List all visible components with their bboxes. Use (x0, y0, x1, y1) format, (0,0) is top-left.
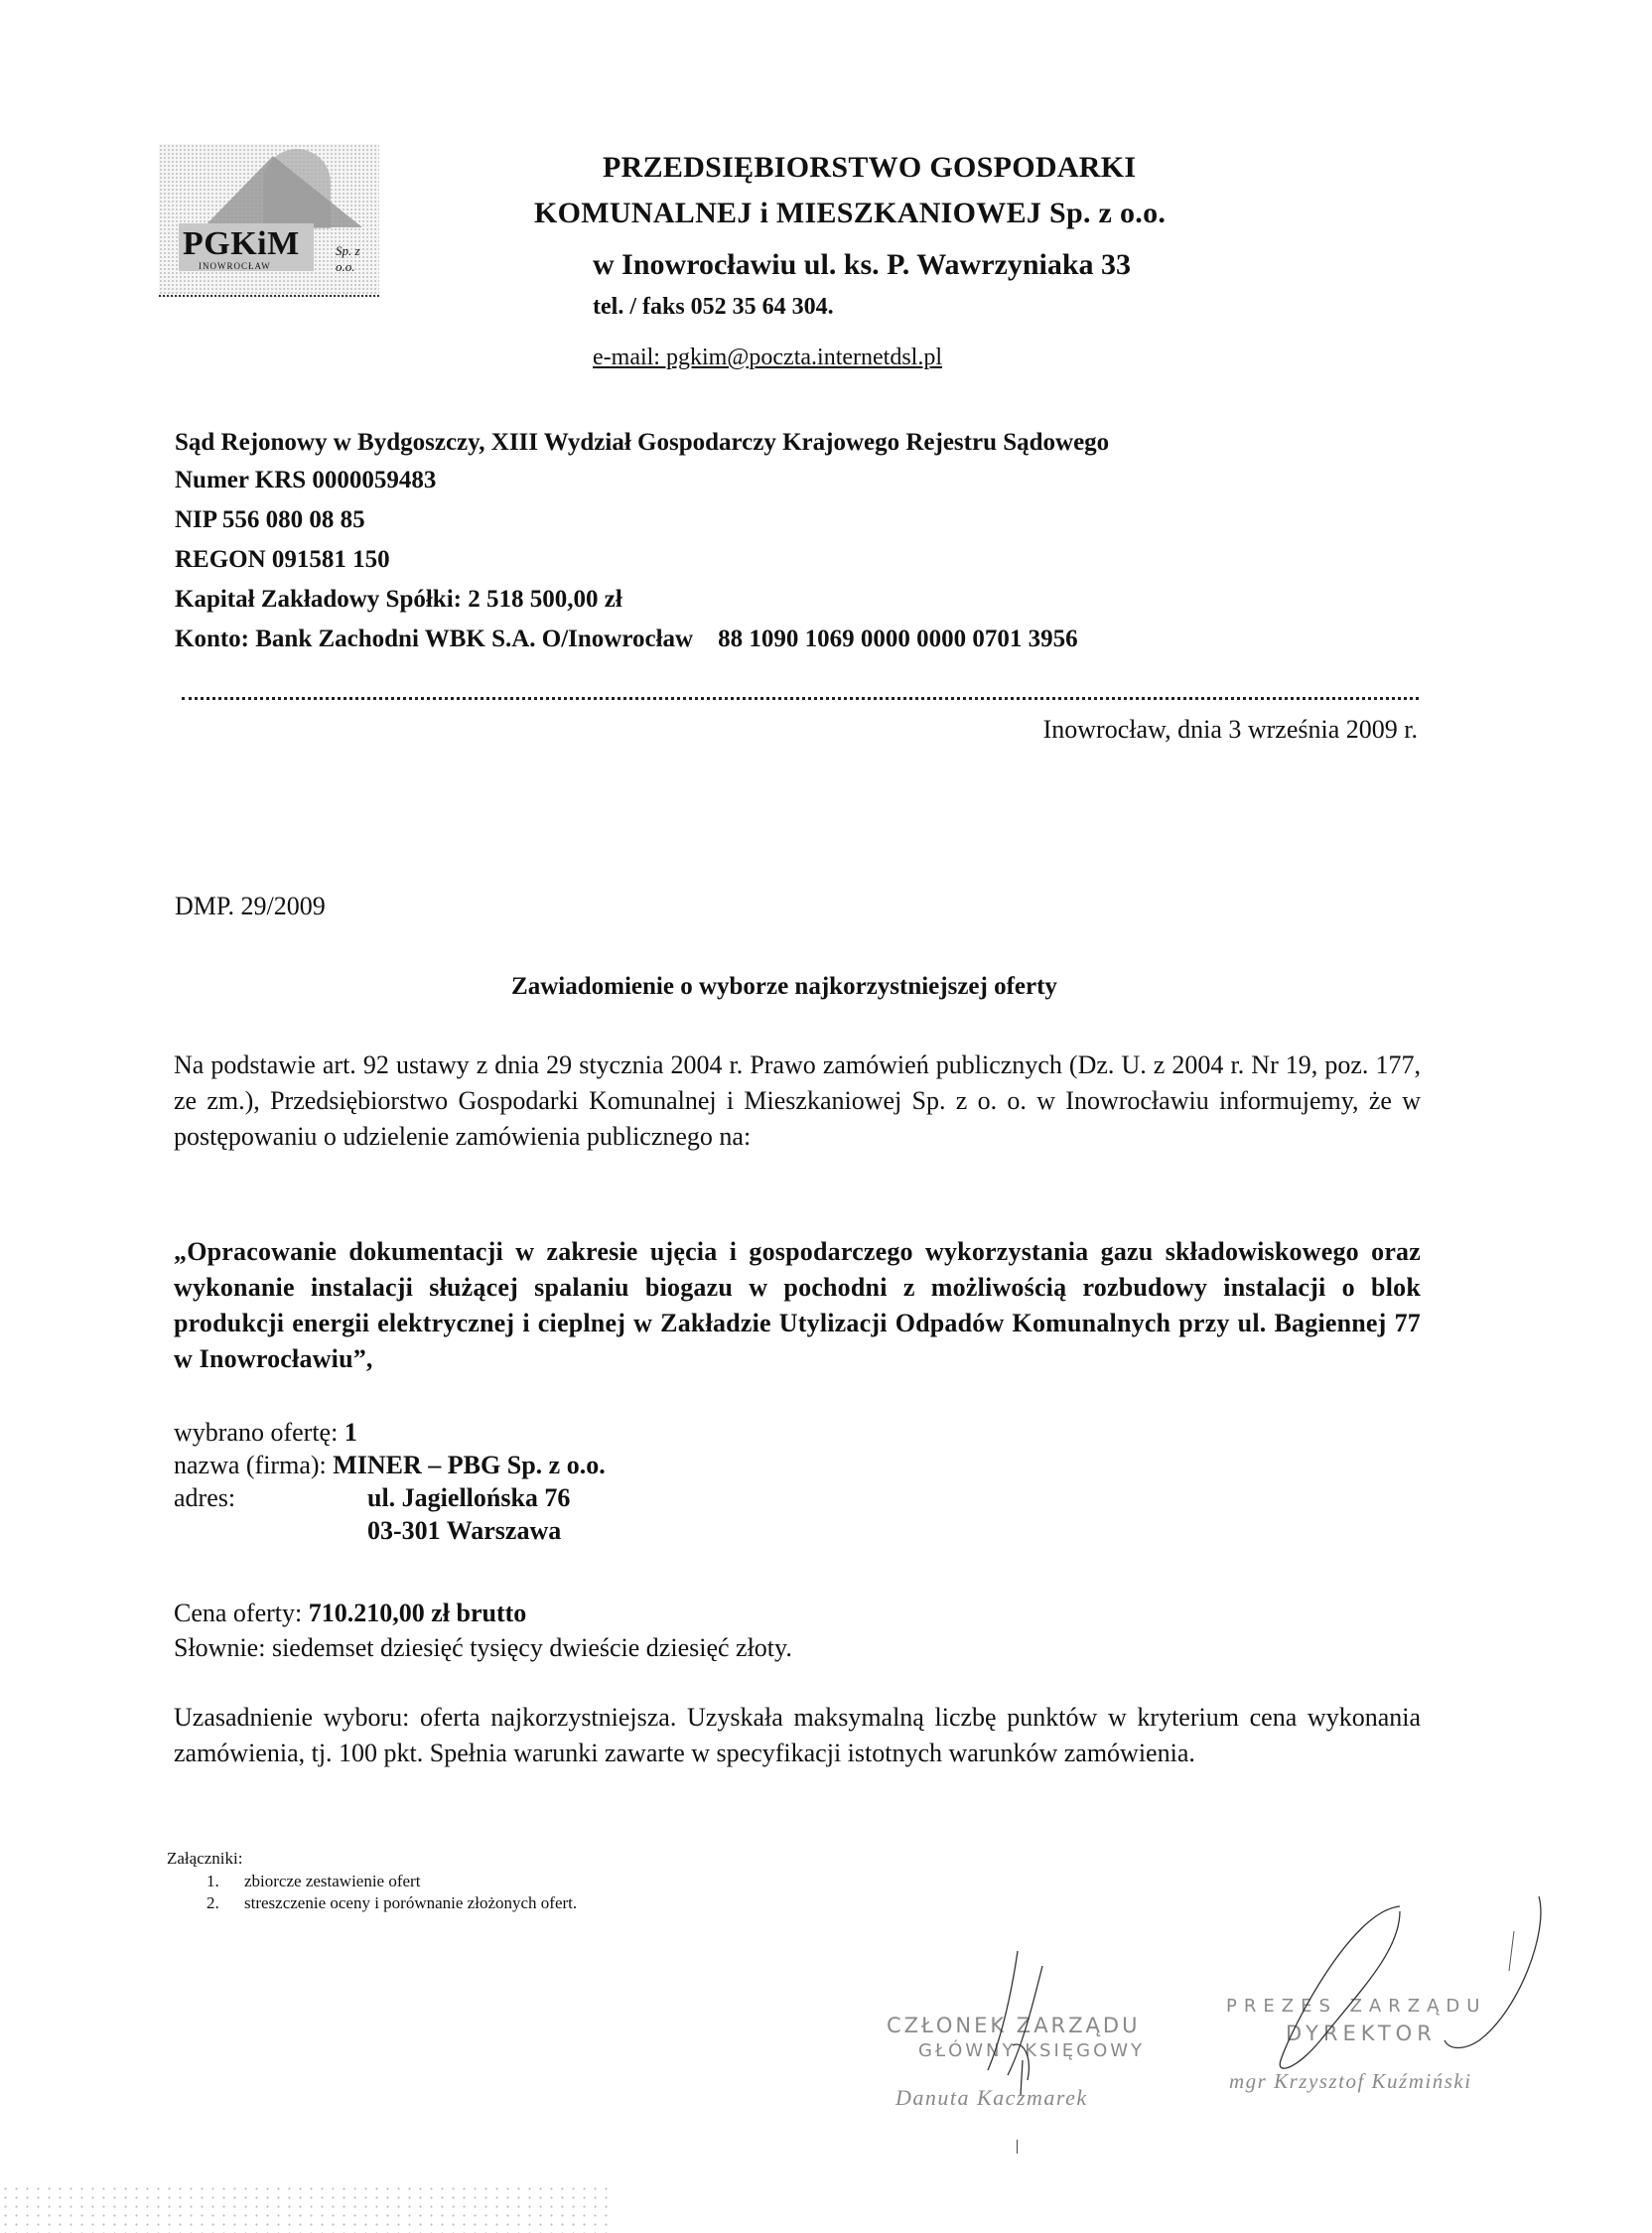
price-value: 710.210,00 zł brutto (309, 1599, 527, 1627)
attachment-item-2: streszczenie oceny i porównanie złożonyc… (244, 1893, 577, 1913)
intro-paragraph: Na podstawie art. 92 ustawy z dnia 29 st… (174, 1047, 1421, 1155)
registry-court: Sąd Rejonowy w Bydgoszczy, XIII Wydział … (175, 429, 1109, 457)
attachment-num-2: 2. (206, 1893, 219, 1913)
company-email-link[interactable]: e-mail: pgkim@poczta.internetdsl.pl (593, 345, 942, 371)
logo-mountain-shape (204, 156, 362, 227)
attachment-item-1: zbiorcze zestawienie ofert (244, 1872, 420, 1891)
offer-address-line1: ul. Jagiellońska 76 (367, 1483, 570, 1513)
logo-city: INOWROCŁAW (199, 261, 271, 271)
logo-suffix: Sp. z o.o. (336, 243, 379, 275)
price-label: Cena oferty: (174, 1599, 302, 1627)
attachment-num-1: 1. (206, 1872, 219, 1891)
offer-address-line2: 03-301 Warszawa (367, 1516, 561, 1546)
company-name-line1: PRZEDSIĘBIORSTWO GOSPODARKI (603, 151, 1136, 185)
offer-name-line: nazwa (firma): MINER – PBG Sp. z o.o. (174, 1451, 606, 1480)
registry-bank-account: Konto: Bank Zachodni WBK S.A. O/Inowrocł… (175, 626, 1078, 653)
company-address: w Inowrocławiu ul. ks. P. Wawrzyniaka 33 (593, 248, 1131, 282)
company-phone: tel. / faks 052 35 64 304. (593, 294, 834, 321)
registry-krs: Numer KRS 0000059483 (175, 467, 436, 494)
registry-nip: NIP 556 080 08 85 (175, 506, 365, 534)
subject-paragraph: „Opracowanie dokumentacji w zakresie uję… (174, 1234, 1421, 1377)
offer-company-name: MINER – PBG Sp. z o.o. (333, 1451, 605, 1479)
attachments-label: Załączniki: (167, 1849, 242, 1869)
company-name-line2: KOMUNALNEJ i MIESZKANIOWEJ Sp. z o.o. (534, 197, 1166, 230)
scan-mark (1017, 2140, 1018, 2154)
offer-address-label: adres: (174, 1483, 235, 1513)
reference-number: DMP. 29/2009 (175, 892, 326, 921)
selected-offer-line: wybrano ofertę: 1 (174, 1418, 357, 1448)
offer-name-label: nazwa (firma): (174, 1451, 327, 1479)
logo-name: PGKiM (183, 225, 300, 263)
price-line: Cena oferty: 710.210,00 zł brutto (174, 1599, 526, 1628)
price-in-words: Słownie: siedemset dziesięć tysięcy dwie… (174, 1633, 792, 1663)
selected-offer-label: wybrano ofertę: (174, 1418, 338, 1447)
registry-regon: REGON 091581 150 (175, 546, 390, 574)
signature-right-icon (1251, 1891, 1549, 2090)
date-line: Inowrocław, dnia 3 września 2009 r. (1043, 715, 1418, 745)
signature-left-icon (973, 1946, 1092, 2105)
company-logo: PGKiM Sp. z o.o. INOWROCŁAW (159, 144, 379, 297)
scan-noise (0, 2184, 616, 2233)
justification-paragraph: Uzasadnienie wyboru: oferta najkorzystni… (174, 1700, 1421, 1771)
registry-capital: Kapitał Zakładowy Spółki: 2 518 500,00 z… (175, 586, 622, 614)
dotted-separator (182, 697, 1419, 700)
selected-offer-number: 1 (344, 1418, 357, 1447)
document-title: Zawiadomienie o wyborze najkorzystniejsz… (288, 973, 1281, 1001)
